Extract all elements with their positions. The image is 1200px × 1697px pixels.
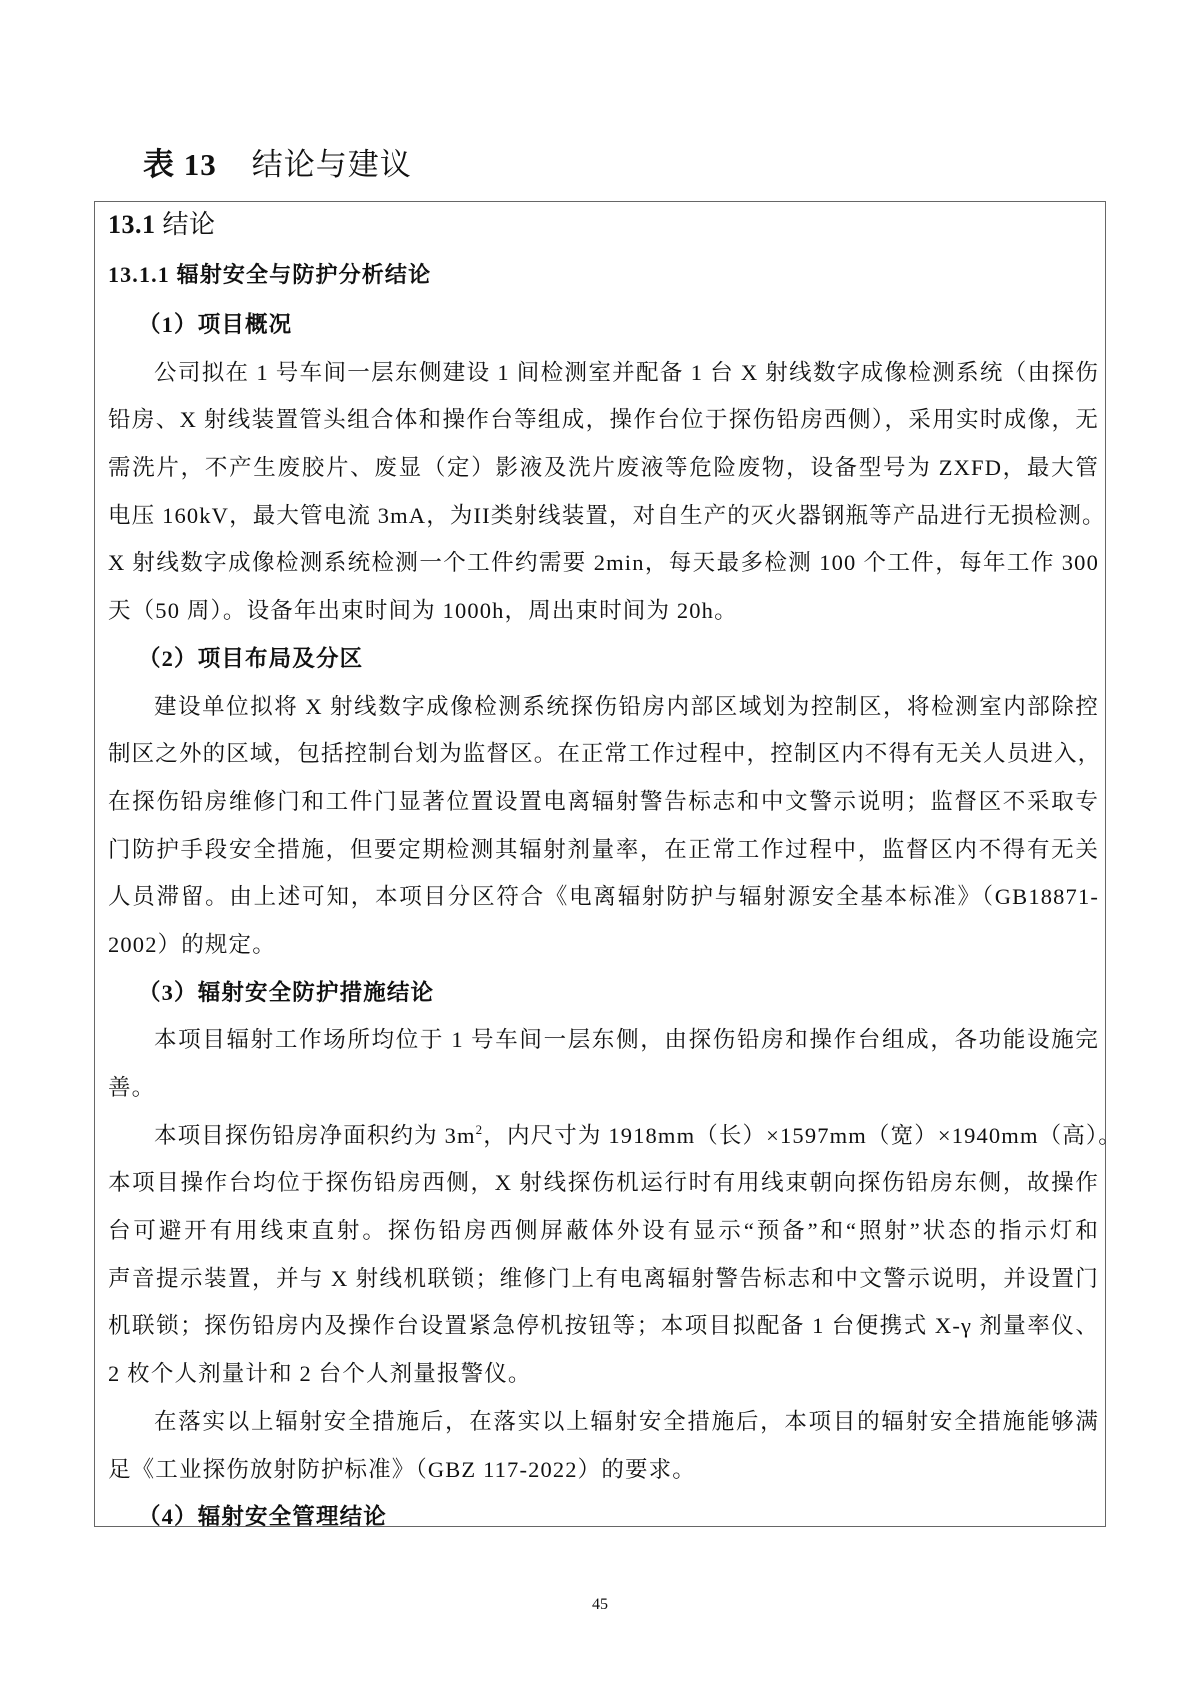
paragraph-line: 2002）的规定。	[108, 921, 1099, 969]
paragraph-line: X 射线数字成像检测系统检测一个工件约需要 2min，每天最多检测 100 个工…	[108, 539, 1099, 587]
paragraph-line: 门防护手段安全措施，但要定期检测其辐射剂量率，在正常工作过程中，监督区内不得有无…	[108, 826, 1099, 874]
table-title: 结论与建议	[252, 147, 412, 182]
paragraph-line: 机联锁；探伤铅房内及操作台设置紧急停机按钮等；本项目拟配备 1 台便携式 X-γ…	[108, 1302, 1099, 1350]
paragraph-line: 铅房、X 射线装置管头组合体和操作台等组成，操作台位于探伤铅房西侧），采用实时成…	[108, 396, 1099, 444]
paragraph-line: 建设单位拟将 X 射线数字成像检测系统探伤铅房内部区域划为控制区，将检测室内部除…	[108, 683, 1099, 731]
part-4-heading: （4）辐射安全管理结论	[108, 1493, 1099, 1541]
paragraph-line: 本项目辐射工作场所均位于 1 号车间一层东侧，由探伤铅房和操作台组成，各功能设施…	[108, 1016, 1099, 1064]
conclusion-content: 13.1 结论 13.1.1 辐射安全与防护分析结论 （1）项目概况 公司拟在 …	[108, 202, 1099, 1541]
page-number: 45	[0, 1596, 1200, 1614]
paragraph-line: 公司拟在 1 号车间一层东侧建设 1 间检测室并配备 1 台 X 射线数字成像检…	[108, 349, 1099, 397]
paragraph-line: 制区之外的区域，包括控制台划为监督区。在正常工作过程中，控制区内不得有无关人员进…	[108, 730, 1099, 778]
paragraph-line: 本项目操作台均位于探伤铅房西侧，X 射线探伤机运行时有用线束朝向探伤铅房东侧，故…	[108, 1159, 1099, 1207]
table-label: 表 13	[143, 147, 217, 182]
subsection-number: 13.1.1	[108, 262, 170, 287]
section-number: 13.1	[108, 210, 156, 239]
paragraph-line: 在探伤铅房维修门和工件门显著位置设置电离辐射警告标志和中文警示说明；监督区不采取…	[108, 778, 1099, 826]
paragraph-line: 在落实以上辐射安全措施后，在落实以上辐射安全措施后，本项目的辐射安全措施能够满	[108, 1398, 1099, 1446]
subsection-heading: 13.1.1 辐射安全与防护分析结论	[108, 248, 1099, 301]
section-title: 结论	[163, 210, 216, 239]
paragraph-line: 人员滞留。由上述可知，本项目分区符合《电离辐射防护与辐射源安全基本标准》（GB1…	[108, 873, 1099, 921]
page-title: 表 13 结论与建议	[143, 145, 412, 185]
paragraph-line: 声音提示装置，并与 X 射线机联锁；维修门上有电离辐射警告标志和中文警示说明，并…	[108, 1255, 1099, 1303]
part-2-heading: （2）项目布局及分区	[108, 635, 1099, 683]
subsection-title: 辐射安全与防护分析结论	[177, 262, 432, 287]
paragraph-line: 足《工业探伤放射防护标准》（GBZ 117-2022）的要求。	[108, 1446, 1099, 1494]
paragraph-line: 善。	[108, 1064, 1099, 1112]
paragraph-line: 2 枚个人剂量计和 2 台个人剂量报警仪。	[108, 1350, 1099, 1398]
paragraph-line: 本项目探伤铅房净面积约为 3m2，内尺寸为 1918mm（长）×1597mm（宽…	[108, 1112, 1099, 1160]
area-text: 本项目探伤铅房净面积约为 3m	[154, 1123, 476, 1148]
conclusion-table-box: 13.1 结论 13.1.1 辐射安全与防护分析结论 （1）项目概况 公司拟在 …	[94, 201, 1106, 1527]
paragraph-line: 台可避开有用线束直射。探伤铅房西侧屏蔽体外设有显示“预备”和“照射”状态的指示灯…	[108, 1207, 1099, 1255]
paragraph-line: 电压 160kV，最大管电流 3mA，为II类射线装置，对自生产的灭火器钢瓶等产…	[108, 492, 1099, 540]
dimensions-text: ，内尺寸为 1918mm（长）×1597mm（宽）×1940mm（高）。	[483, 1123, 1122, 1148]
paragraph-line: 天（50 周）。设备年出束时间为 1000h，周出束时间为 20h。	[108, 587, 1099, 635]
part-3-heading: （3）辐射安全防护措施结论	[108, 969, 1099, 1017]
section-heading: 13.1 结论	[108, 202, 1099, 248]
paragraph-line: 需洗片，不产生废胶片、废显（定）影液及洗片废液等危险废物，设备型号为 ZXFD，…	[108, 444, 1099, 492]
part-1-heading: （1）项目概况	[108, 301, 1099, 349]
